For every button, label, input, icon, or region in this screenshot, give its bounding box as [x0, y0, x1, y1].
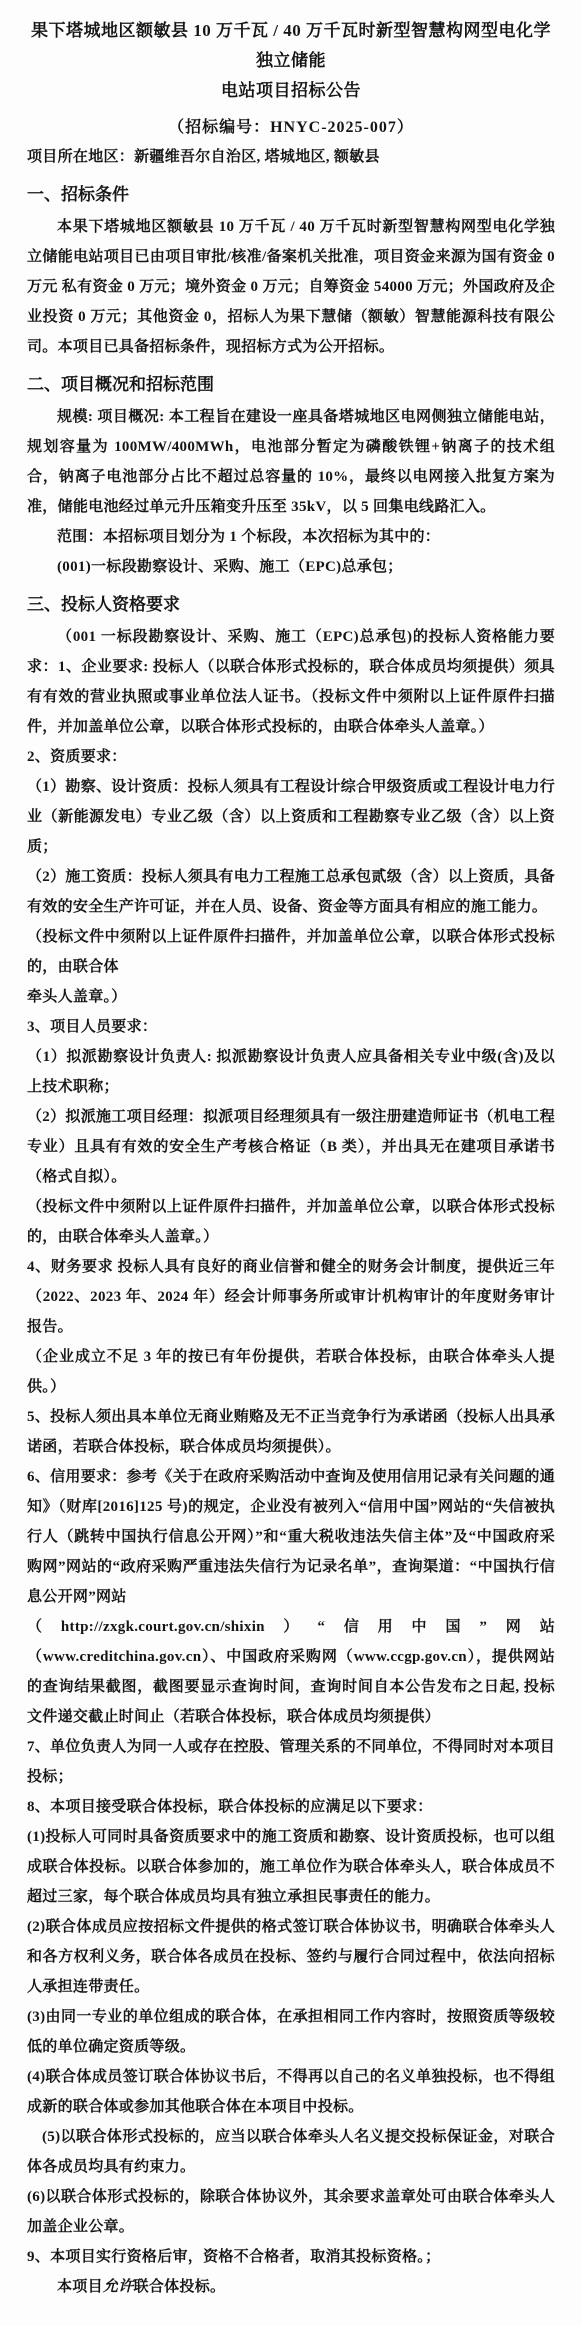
title-line-2: 电站项目招标公告	[27, 76, 555, 106]
consortium-rule-2: (2)联合体成员应按招标文件提供的格式签订联合体协议书，明确联合体牵头人和各方权…	[27, 1912, 555, 2002]
consortium-requirement-header: 8、本项目接受联合体投标，联合体投标的应满足以下要求：	[27, 1792, 555, 1822]
section-2-lot-line: (001)一标段勘察设计、采购、施工（EPC)总承包；	[27, 552, 555, 582]
consortium-rule-3: (3)由同一专业的单位组成的联合体，在承担相同工作内容时，按照资质等级较低的单位…	[27, 2002, 555, 2062]
section-3-heading: 三、投标人资格要求	[27, 590, 555, 620]
credit-query-channels: （http://zxgk.court.gov.cn/shixin）“信用中国”网…	[27, 1612, 555, 1732]
scan-seal-note-2: （投标文件中须附以上证件原件扫描件，并加盖单位公章，以联合体形式投标的，由联合体…	[27, 1192, 555, 1252]
qualification-enterprise-requirement: （001 一标段勘察设计、采购、施工（EPC)总承包)的投标人资格能力要求：1、…	[27, 622, 555, 742]
no-bribery-commitment: 5、投标人须出具本单位无商业贿赂及无不正当竞争行为承诺函（投标人出具承诺函，若联…	[27, 1402, 555, 1462]
allow-consortium-italic-word: 允许	[103, 2279, 134, 2295]
title-line-1: 果下塔城地区额敏县 10 万千瓦 / 40 万千瓦时新型智慧构网型电化学独立储能	[27, 16, 555, 76]
section-2-scale-paragraph: 规模: 项目概况: 本工程旨在建设一座具备塔城地区电网侧独立储能电站，规划容量为…	[27, 402, 555, 522]
consortium-rule-1: (1)投标人可同时具备资质要求中的施工资质和勘察、设计资质投标，也可以组成联合体…	[27, 1822, 555, 1912]
consortium-rule-5: (5)以联合体形式投标的，应当以联合体牵头人名义提交投标保证金，对联合体各成员均…	[27, 2122, 555, 2182]
document-title: 果下塔城地区额敏县 10 万千瓦 / 40 万千瓦时新型智慧构网型电化学独立储能…	[27, 16, 555, 106]
qualification-requirement-header: 2、资质要求：	[27, 742, 555, 772]
allow-consortium-suffix: 联合体投标。	[134, 2279, 226, 2295]
survey-design-qualification: （1）勘察、设计资质：投标人须具有工程设计综合甲级资质或工程设计电力行业（新能源…	[27, 772, 555, 862]
post-qualification-review: 9、本项目实行资格后审，资格不合格者，取消其投标资格。；	[27, 2242, 555, 2272]
financial-note: （企业成立不足 3 年的按已有年份提供，若联合体投标，由联合体牵头人提供。）	[27, 1342, 555, 1402]
personnel-requirement-header: 3、项目人员要求：	[27, 1012, 555, 1042]
bid-number: （招标编号：HNYC-2025-007）	[27, 114, 555, 142]
section-2-heading: 二、项目概况和招标范围	[27, 370, 555, 400]
scan-seal-note-part2: 牵头人盖章。）	[27, 982, 555, 1012]
same-leader-restriction: 7、单位负责人为同一人或存在控股、管理关系的不同单位，不得同时对本项目投标；	[27, 1732, 555, 1792]
section-1-heading: 一、招标条件	[27, 180, 555, 210]
consortium-rule-4: (4)联合体成员签订联合体协议书后，不得再以自己的名义单独投标，也不得组成新的联…	[27, 2062, 555, 2122]
credit-requirement: 6、信用要求：参考《关于在政府采购活动中查询及使用信用记录有关问题的通知》（财库…	[27, 1462, 555, 1612]
construction-qualification: （2）施工资质：投标人须具有电力工程施工总承包贰级（含）以上资质，具备有效的安全…	[27, 862, 555, 922]
scan-seal-note-part1: （投标文件中须附以上证件原件扫描件，并加盖单位公章，以联合体形式投标的，由联合体	[27, 922, 555, 982]
financial-requirement: 4、财务要求 投标人具有良好的商业信誉和健全的财务会计制度，提供近三年（2022…	[27, 1252, 555, 1342]
allow-consortium-line: 本项目允许联合体投标。	[27, 2272, 555, 2302]
section-2-scope-paragraph: 范围：本招标项目划分为 1 个标段，本次招标为其中的：	[27, 522, 555, 552]
allow-consortium-prefix: 本项目	[57, 2279, 103, 2295]
survey-design-leader-requirement: （1）拟派勘察设计负责人: 拟派勘察设计负责人应具备相关专业中级(含)及以上技术…	[27, 1042, 555, 1102]
consortium-rule-6: (6)以联合体形式投标的，除联合体协议外，其余要求盖章处可由联合体牵头人加盖企业…	[27, 2182, 555, 2242]
project-location: 项目所在地区：新疆维吾尔自治区, 塔城地区, 额敏县	[27, 142, 555, 172]
project-manager-requirement: （2）拟派施工项目经理：拟派项目经理须具有一级注册建造师证书（机电工程专业）且具…	[27, 1102, 555, 1192]
section-1-conditions-paragraph: 本果下塔城地区额敏县 10 万千瓦 / 40 万千瓦时新型智慧构网型电化学独立储…	[27, 212, 555, 362]
tender-announcement-document: 果下塔城地区额敏县 10 万千瓦 / 40 万千瓦时新型智慧构网型电化学独立储能…	[0, 0, 582, 2326]
